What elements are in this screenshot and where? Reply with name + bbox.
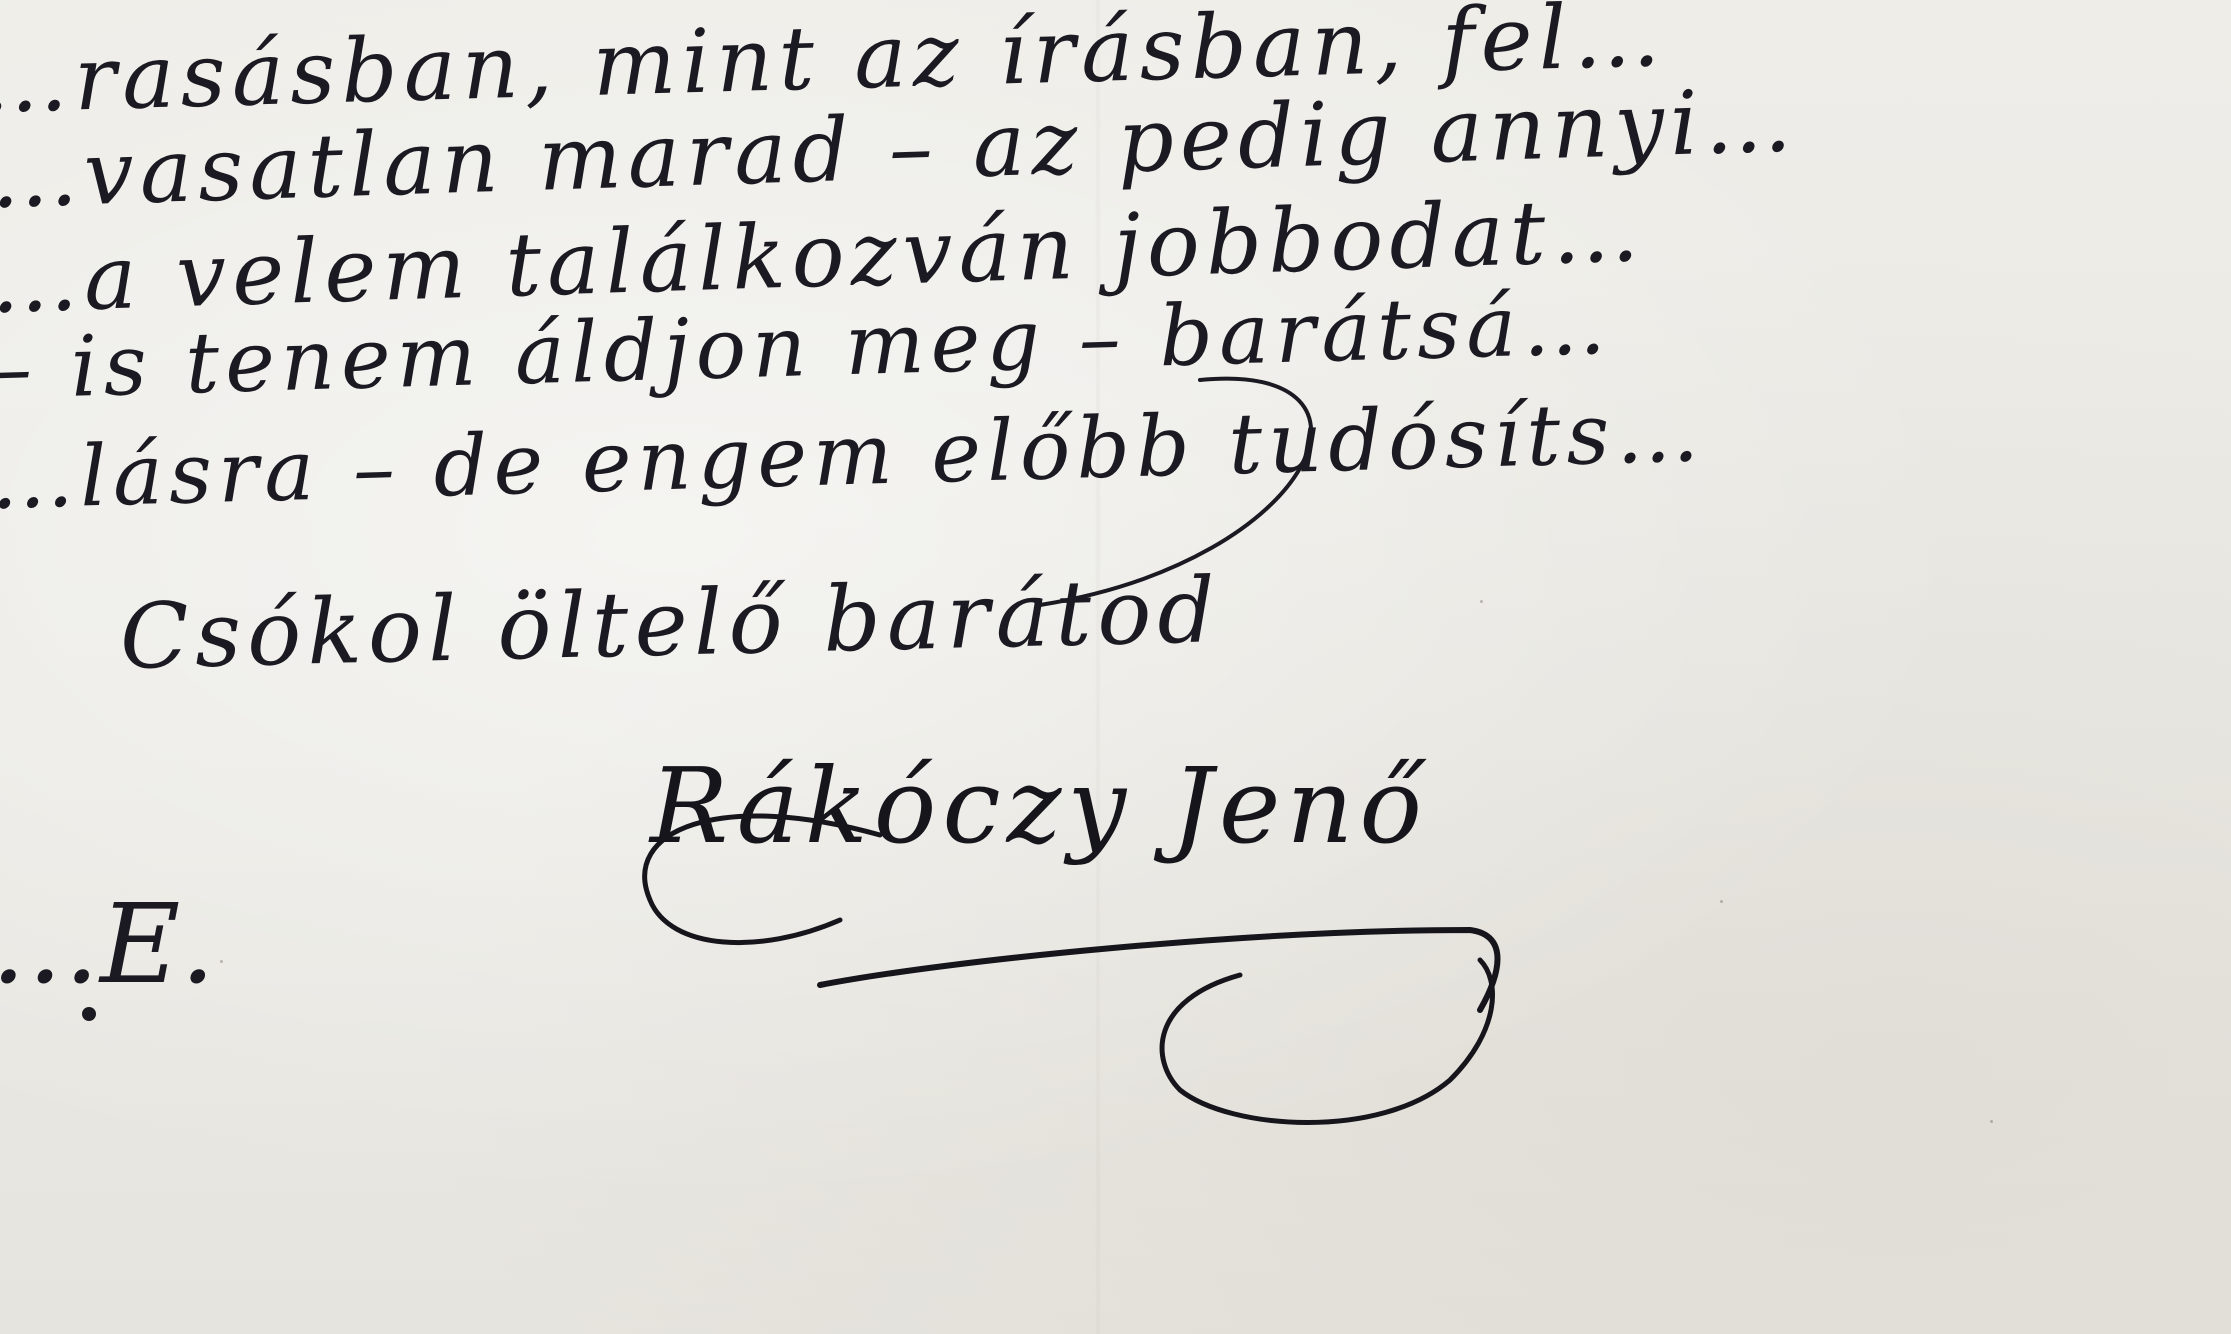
- paper-speck: [1480, 600, 1483, 603]
- margin-fragment: …E.: [0, 880, 215, 1008]
- ink-dot: [82, 1007, 96, 1021]
- paper-speck: [1720, 900, 1723, 903]
- signature: Rákóczy Jenő: [650, 745, 1428, 867]
- signature-given-name: Jenő: [1171, 745, 1428, 867]
- paper-speck: [220, 960, 223, 963]
- signature-surname: Rákóczy: [650, 745, 1132, 867]
- paper-speck: [1990, 1120, 1993, 1123]
